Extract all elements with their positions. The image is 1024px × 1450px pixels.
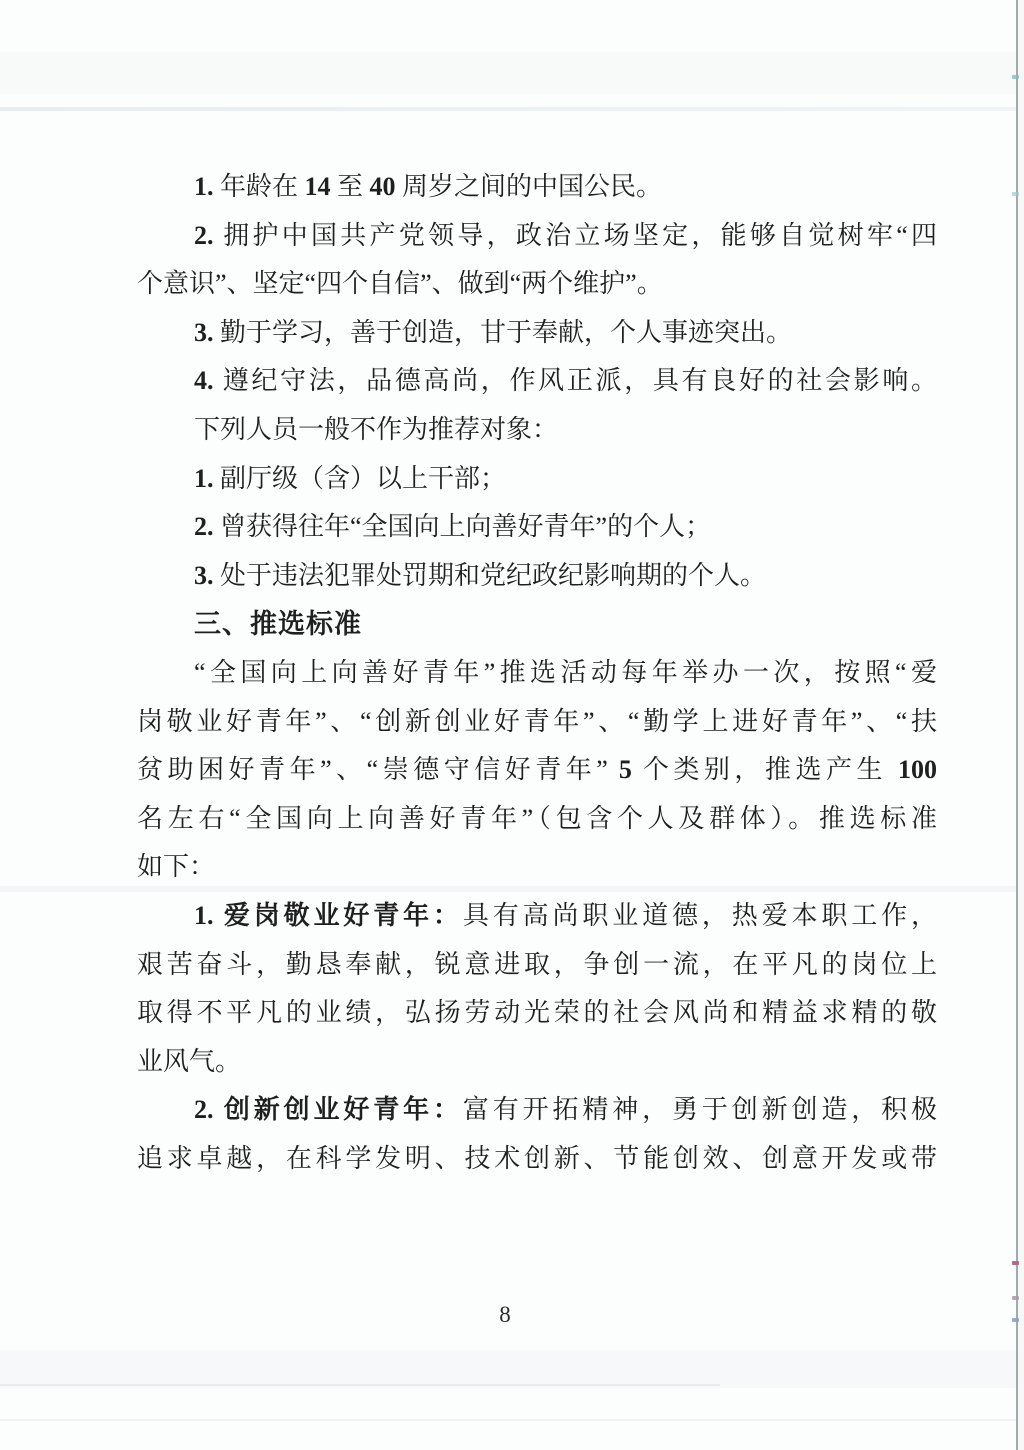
bold-text-segment: 4. — [194, 366, 223, 395]
scan-artifact-tick-slate — [1012, 1318, 1019, 1322]
text-line: 2. 创新创业好青年：富有开拓精神，勇于创新创造，积极 — [137, 1086, 937, 1135]
bold-text-segment: 100 — [898, 755, 937, 784]
text-segment: 追求卓越，在科学发明、技术创新、节能创效、创意开发或带 — [137, 1144, 937, 1173]
scanned-document-page: 1. 年龄在 14 至 40 周岁之间的中国公民。2. 拥护中国共产党领导，政治… — [0, 0, 1024, 1450]
scan-artifact-bottom-line — [0, 1384, 720, 1386]
bold-text-segment: 2. — [194, 512, 220, 541]
bold-text-segment: 40 — [370, 172, 396, 201]
text-segment: 富有开拓精神，勇于创新创造，积极 — [463, 1095, 937, 1124]
text-line: 岗敬业好青年”、“创新创业好青年”、“勤学上进好青年”、“扶 — [137, 698, 937, 747]
bold-text-segment: 3. — [194, 318, 220, 347]
text-segment: 名左右“全国向上向善好青年”（包含个人及群体）。推选标准 — [137, 804, 937, 833]
text-line: 如下： — [137, 843, 937, 892]
text-segment: “全国向上向善好青年”推选活动每年举办一次，按照“爱 — [194, 658, 937, 687]
text-line: 1. 爱岗敬业好青年：具有高尚职业道德，热爱本职工作， — [137, 892, 937, 941]
scan-artifact-right-edge-line — [1016, 0, 1018, 1450]
text-segment: 岗敬业好青年”、“创新创业好青年”、“勤学上进好青年”、“扶 — [137, 707, 937, 736]
scan-artifact-footer-line — [0, 1419, 1024, 1421]
bold-text-segment: 三、推选标准 — [194, 609, 362, 639]
text-segment: 拥护中国共产党领导，政治立场坚定，能够自觉树牢“四 — [223, 221, 937, 250]
scan-artifact-bottom-band — [0, 1350, 1024, 1388]
bold-text-segment: 1. 爱岗敬业好青年： — [194, 901, 463, 930]
text-segment: 业风气。 — [137, 1047, 241, 1076]
bold-text-segment: 1. — [194, 172, 220, 201]
text-segment: 遵纪守法，品德高尚，作风正派，具有良好的社会影响。 — [223, 366, 937, 395]
text-segment: 个类别，推选产生 — [632, 755, 898, 784]
scan-artifact-tick-teal-top — [1012, 75, 1019, 79]
text-segment: 取得不平凡的业绩，弘扬劳动光荣的社会风尚和精益求精的敬 — [137, 998, 937, 1027]
text-line: 1. 副厅级（含）以上干部； — [137, 455, 937, 504]
text-segment: 勤于学习，善于创造，甘于奉献，个人事迹突出。 — [220, 318, 792, 347]
scan-artifact-tick-pink — [1012, 1261, 1019, 1265]
text-segment: 副厅级（含）以上干部； — [220, 464, 506, 493]
scan-artifact-tick-mauve — [1012, 1296, 1019, 1300]
bold-text-segment: 3. — [194, 561, 220, 590]
bold-text-segment: 14 — [305, 172, 331, 201]
text-line: 业风气。 — [137, 1038, 937, 1087]
scan-artifact-top-line — [0, 107, 1024, 111]
text-line: 4. 遵纪守法，品德高尚，作风正派，具有良好的社会影响。 — [137, 357, 937, 406]
text-segment: 艰苦奋斗，勤恳奉献，锐意进取，争创一流，在平凡的岗位上 — [137, 950, 937, 979]
text-line: 艰苦奋斗，勤恳奉献，锐意进取，争创一流，在平凡的岗位上 — [137, 941, 937, 990]
text-line: 2. 拥护中国共产党领导，政治立场坚定，能够自觉树牢“四 — [137, 212, 937, 261]
bold-text-segment: 2. — [194, 221, 223, 250]
text-segment: 下列人员一般不作为推荐对象： — [194, 415, 558, 444]
bold-text-segment: 1. — [194, 464, 220, 493]
text-line: 1. 年龄在 14 至 40 周岁之间的中国公民。 — [137, 163, 937, 212]
text-segment: 至 — [331, 172, 370, 201]
text-segment: 处于违法犯罪处罚期和党纪政纪影响期的个人。 — [220, 561, 766, 590]
bold-text-segment: 5 — [619, 755, 632, 784]
text-line: 取得不平凡的业绩，弘扬劳动光荣的社会风尚和精益求精的敬 — [137, 989, 937, 1038]
text-segment: 个意识”、坚定“四个自信”、做到“两个维护”。 — [137, 269, 663, 298]
bold-text-segment: 2. 创新创业好青年： — [194, 1095, 463, 1124]
scan-artifact-top-band — [0, 52, 1024, 94]
text-line: 3. 勤于学习，善于创造，甘于奉献，个人事迹突出。 — [137, 309, 937, 358]
text-line: 贫助困好青年”、“崇德守信好青年” 5 个类别，推选产生 100 — [137, 746, 937, 795]
text-segment: 周岁之间的中国公民。 — [396, 172, 663, 201]
text-line: 3. 处于违法犯罪处罚期和党纪政纪影响期的个人。 — [137, 552, 937, 601]
text-line: 名左右“全国向上向善好青年”（包含个人及群体）。推选标准 — [137, 795, 937, 844]
scan-artifact-right-edge-strip — [1018, 0, 1024, 1450]
section-heading: 三、推选标准 — [137, 600, 937, 649]
text-line: 个意识”、坚定“四个自信”、做到“两个维护”。 — [137, 260, 937, 309]
text-line: 下列人员一般不作为推荐对象： — [137, 406, 937, 455]
text-segment: 贫助困好青年”、“崇德守信好青年” — [137, 755, 619, 784]
text-segment: 曾获得往年“全国向上向善好青年”的个人； — [220, 512, 711, 541]
text-line: “全国向上向善好青年”推选活动每年举办一次，按照“爱 — [137, 649, 937, 698]
text-segment: 具有高尚职业道德，热爱本职工作， — [463, 901, 937, 930]
text-line: 2. 曾获得往年“全国向上向善好青年”的个人； — [137, 503, 937, 552]
text-lines: 1. 年龄在 14 至 40 周岁之间的中国公民。2. 拥护中国共产党领导，政治… — [137, 163, 937, 1183]
page-number: 8 — [0, 1302, 1010, 1328]
text-line: 追求卓越，在科学发明、技术创新、节能创效、创意开发或带 — [137, 1135, 937, 1184]
text-segment: 年龄在 — [220, 172, 305, 201]
scan-artifact-tick-teal-upper — [1012, 192, 1019, 196]
text-segment: 如下： — [137, 852, 215, 881]
